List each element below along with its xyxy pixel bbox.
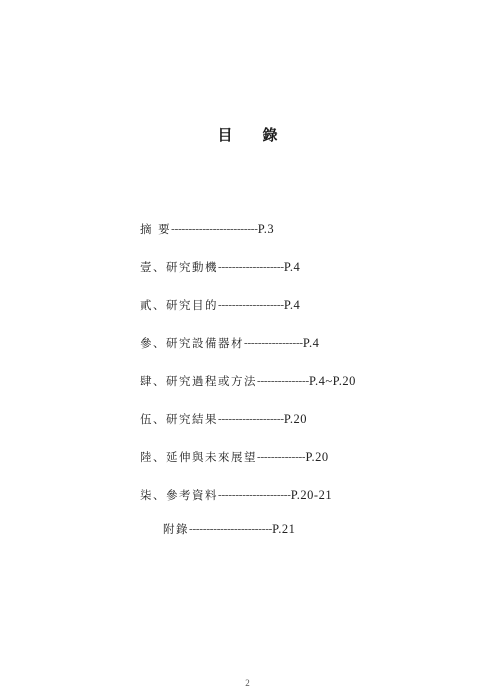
toc-entry-label: 附錄: [163, 521, 189, 537]
toc-entry-page: P.20-21: [291, 487, 332, 503]
toc-dot-leader: -------------------------: [171, 221, 258, 237]
toc-entry-references: 柒、參考資料 --------------------- P.20-21: [140, 487, 332, 503]
toc-entry-abstract: 摘 要 ------------------------- P.3: [140, 221, 274, 237]
toc-entry-page: P.4~P.20: [309, 373, 356, 389]
toc-entry-label: 柒、參考資料: [140, 487, 218, 503]
toc-entry-label: 伍、研究結果: [140, 411, 218, 427]
toc-entry-page: P.4: [303, 335, 319, 351]
toc-entry-future: 陸、延伸與未來展望 -------------- P.20: [140, 449, 329, 465]
toc-entry-label: 摘 要: [140, 221, 171, 237]
toc-entry-purpose: 貳、研究目的 ------------------- P.4: [140, 297, 300, 313]
toc-entry-page: P.3: [258, 221, 274, 237]
toc-entry-page: P.4: [284, 297, 300, 313]
toc-entry-results: 伍、研究結果 ------------------- P.20: [140, 411, 307, 427]
document-page: 目錄 摘 要 ------------------------- P.3 壹、研…: [0, 0, 495, 700]
toc-dot-leader: ---------------: [257, 373, 309, 389]
toc-dot-leader: -------------------: [218, 297, 284, 313]
toc-title-char-1: 目: [217, 124, 232, 145]
toc-dot-leader: ---------------------: [218, 487, 291, 503]
toc-entry-label: 貳、研究目的: [140, 297, 218, 313]
toc-dot-leader: -------------------: [218, 259, 284, 275]
toc-entry-label: 壹、研究動機: [140, 259, 218, 275]
toc-entry-label: 參、研究設備器材: [140, 335, 244, 351]
toc-title-char-2: 錄: [263, 124, 278, 145]
toc-dot-leader: ------------------------: [189, 521, 272, 537]
toc-dot-leader: -----------------: [244, 335, 303, 351]
toc-entry-label: 肆、研究過程或方法: [140, 373, 257, 389]
toc-entry-page: P.21: [272, 521, 295, 537]
toc-entry-label: 陸、延伸與未來展望: [140, 449, 257, 465]
toc-entry-process: 肆、研究過程或方法 --------------- P.4~P.20: [140, 373, 356, 389]
toc-entry-motivation: 壹、研究動機 ------------------- P.4: [140, 259, 300, 275]
toc-dot-leader: --------------: [257, 449, 305, 465]
toc-entry-equipment: 參、研究設備器材 ----------------- P.4: [140, 335, 319, 351]
toc-entry-appendix: 附錄 ------------------------ P.21: [163, 521, 295, 537]
page-number: 2: [0, 678, 495, 688]
toc-entry-page: P.4: [284, 259, 300, 275]
toc-entry-page: P.20: [305, 449, 328, 465]
toc-dot-leader: -------------------: [218, 411, 284, 427]
toc-entry-page: P.20: [284, 411, 307, 427]
toc-title: 目錄: [0, 124, 495, 145]
